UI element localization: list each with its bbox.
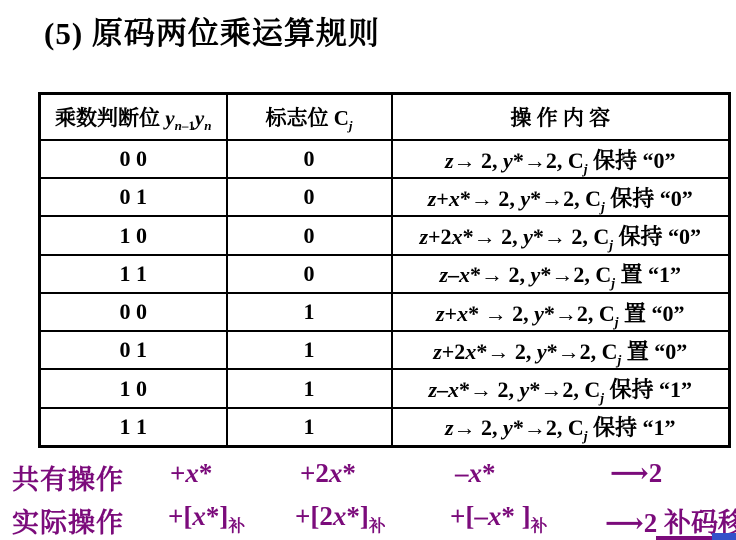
bits-cell: 1 1 [40,255,227,293]
table-row: 0 10z+x*→ 2, y*→2, Cj 保持 “0” [40,178,730,216]
table-row: 1 10z–x*→ 2, y*→2, Cj 置 “1” [40,255,730,293]
flag-cell: 1 [227,331,392,369]
op-item: +[–x* ]补 [450,501,547,532]
bits-cell: 1 0 [40,369,227,407]
op-item: –x* [455,458,496,489]
common-ops-label: 共有操作 [12,458,124,497]
table-row: 0 11z+2x*→ 2, y*→2, Cj 置 “0” [40,331,730,369]
table-body: 0 00z→ 2, y*→2, Cj 保持 “0”0 10z+x*→ 2, y*… [40,140,730,447]
bits-cell: 0 1 [40,178,227,216]
header-row: 乘数判断位 yn–1yn 标志位 Cj 操 作 内 容 [40,94,730,141]
op-item: +[x*]补 [168,501,245,532]
table-row: 0 00z→ 2, y*→2, Cj 保持 “0” [40,140,730,178]
operation-cell: z–x*→ 2, y*→2, Cj 置 “1” [392,255,730,293]
actual-ops-line: 实际操作 +[x*]补+[2x*]补+[–x* ]补⟶2 补码移 [12,501,736,537]
col-header-operation: 操 作 内 容 [392,94,730,141]
col-header-bits: 乘数判断位 yn–1yn [40,94,227,141]
operation-cell: z–x*→ 2, y*→2, Cj 保持 “1” [392,369,730,407]
operation-cell: z+2x*→ 2, y*→ 2, Cj 保持 “0” [392,216,730,254]
operation-cell: z→ 2, y*→2, Cj 保持 “1” [392,408,730,447]
slide: (5) 原码两位乘运算规则 乘数判断位 yn–1yn 标志位 Cj 操 作 内 … [0,0,736,540]
bits-cell: 1 0 [40,216,227,254]
table-row: 0 01z+x* → 2, y*→2, Cj 置 “0” [40,293,730,331]
page-title: (5) 原码两位乘运算规则 [44,8,380,53]
col-header-flag: 标志位 Cj [227,94,392,141]
table-row: 1 00z+2x*→ 2, y*→ 2, Cj 保持 “0” [40,216,730,254]
flag-cell: 0 [227,140,392,178]
bits-cell: 0 0 [40,140,227,178]
actual-ops-label: 实际操作 [12,501,124,540]
op-item: +2x* [300,458,356,489]
flag-cell: 1 [227,408,392,447]
bits-cell: 0 1 [40,331,227,369]
op-item: +[2x*]补 [295,501,386,532]
bits-cell: 1 1 [40,408,227,447]
op-item: ⟶2 [610,458,662,489]
operation-cell: z+x* → 2, y*→2, Cj 置 “0” [392,293,730,331]
rules-table: 乘数判断位 yn–1yn 标志位 Cj 操 作 内 容 0 00z→ 2, y*… [38,92,731,448]
common-ops-line: 共有操作 +x*+2x*–x*⟶2 [12,458,736,494]
op-item: +x* [170,458,212,489]
flag-cell: 0 [227,178,392,216]
operation-cell: z→ 2, y*→2, Cj 保持 “0” [392,140,730,178]
operation-cell: z+x*→ 2, y*→2, Cj 保持 “0” [392,178,730,216]
flag-cell: 0 [227,255,392,293]
flag-cell: 1 [227,369,392,407]
flag-cell: 0 [227,216,392,254]
operation-cell: z+2x*→ 2, y*→2, Cj 置 “0” [392,331,730,369]
blue-bar-decoration [712,533,736,540]
purple-underline [656,536,712,540]
bits-cell: 0 0 [40,293,227,331]
table-row: 1 11z→ 2, y*→2, Cj 保持 “1” [40,408,730,447]
table-row: 1 01z–x*→ 2, y*→2, Cj 保持 “1” [40,369,730,407]
flag-cell: 1 [227,293,392,331]
